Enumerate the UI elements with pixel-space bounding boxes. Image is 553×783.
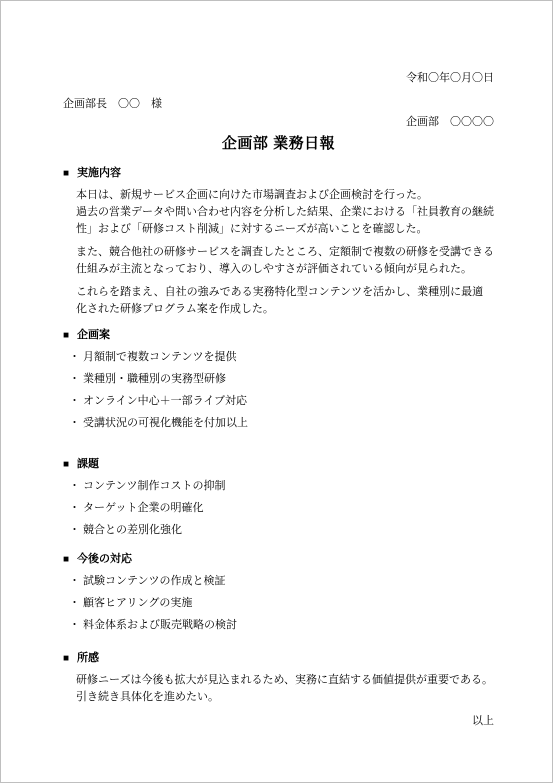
bullet-item: ・顧客ヒアリングの実施: [63, 595, 494, 611]
dot-bullet-icon: ・: [69, 395, 80, 407]
bullet-label: 競合との差別化強化: [83, 524, 182, 536]
bullet-item: ・試験コンテンツの作成と検証: [63, 573, 494, 589]
section-implementation: ■実施内容 本日は、新規サービス企画に向けた市場調査および企画検討を行った。 過…: [63, 166, 494, 318]
square-bullet-icon: ■: [63, 459, 69, 470]
bullet-label: 試験コンテンツの作成と検証: [83, 575, 225, 587]
dot-bullet-icon: ・: [69, 351, 80, 363]
bullet-label: 料金体系および販売戦略の検討: [83, 619, 237, 631]
bullet-label: 業種別・職種別の実務型研修: [83, 373, 226, 385]
document-title: 企画部 業務日報: [63, 133, 494, 154]
section-next-actions: ■今後の対応 ・試験コンテンツの作成と検証 ・顧客ヒアリングの実施 ・料金体系お…: [63, 552, 494, 633]
section-plan: ■企画案 ・月額制で複数コンテンツを提供 ・業種別・職種別の実務型研修 ・オンラ…: [63, 328, 494, 431]
section-heading-label: 実施内容: [77, 167, 121, 179]
square-bullet-icon: ■: [63, 330, 69, 341]
bullet-item: ・業種別・職種別の実務型研修: [63, 371, 494, 387]
section-heading-issues: ■課題: [63, 457, 494, 472]
bullet-label: 顧客ヒアリングの実施: [83, 597, 192, 609]
section-heading-next-actions: ■今後の対応: [63, 552, 494, 567]
square-bullet-icon: ■: [63, 554, 69, 565]
section-issues: ■課題 ・コンテンツ制作コストの抑制 ・ターゲット企業の明確化 ・競合との差別化…: [63, 457, 494, 538]
section-heading-impressions: ■所感: [63, 651, 494, 666]
dot-bullet-icon: ・: [69, 373, 80, 385]
dot-bullet-icon: ・: [69, 524, 80, 536]
dot-bullet-icon: ・: [69, 575, 80, 587]
bullet-item: ・受講状況の可視化機能を付加以上: [63, 415, 494, 431]
dot-bullet-icon: ・: [69, 597, 80, 609]
bullet-item: ・月額制で複数コンテンツを提供: [63, 349, 494, 365]
bullet-label: 受講状況の可視化機能を付加以上: [83, 417, 248, 429]
section-heading-label: 所感: [77, 652, 99, 664]
dot-bullet-icon: ・: [69, 619, 80, 631]
section-heading-label: 企画案: [77, 329, 110, 341]
bullet-label: オンライン中心＋一部ライブ対応: [83, 395, 247, 407]
dot-bullet-icon: ・: [69, 417, 80, 429]
dot-bullet-icon: ・: [69, 480, 80, 492]
closing-line: 以上: [63, 714, 494, 728]
square-bullet-icon: ■: [63, 653, 69, 664]
document-page: 令和〇年〇月〇日 企画部長 〇〇 様 企画部 〇〇〇〇 企画部 業務日報 ■実施…: [0, 0, 553, 783]
date-line: 令和〇年〇月〇日: [63, 71, 494, 85]
section-heading-label: 課題: [77, 458, 99, 470]
bullet-label: コンテンツ制作コストの抑制: [83, 480, 225, 492]
section-heading-implementation: ■実施内容: [63, 166, 494, 181]
section-heading-label: 今後の対応: [77, 553, 132, 565]
paragraph: これらを踏まえ、自社の強みである実務特化型コンテンツを活かし、業種別に最適化され…: [63, 284, 494, 318]
paragraph: また、競合他社の研修サービスを調査したところ、定額制で複数の研修を受講できる仕組…: [63, 244, 494, 278]
bullet-item: ・料金体系および販売戦略の検討: [63, 617, 494, 633]
sender-line: 企画部 〇〇〇〇: [63, 115, 494, 129]
bullet-item: ・オンライン中心＋一部ライブ対応: [63, 393, 494, 409]
bullet-label: ターゲット企業の明確化: [83, 502, 204, 514]
bullet-item: ・ターゲット企業の明確化: [63, 500, 494, 516]
addressee-line: 企画部長 〇〇 様: [63, 97, 494, 111]
square-bullet-icon: ■: [63, 168, 69, 179]
bullet-label: 月額制で複数コンテンツを提供: [83, 351, 236, 363]
paragraph: 研修ニーズは今後も拡大が見込まれるため、実務に直結する価値提供が重要である。 引…: [63, 672, 494, 706]
dot-bullet-icon: ・: [69, 502, 80, 514]
section-heading-plan: ■企画案: [63, 328, 494, 343]
bullet-item: ・競合との差別化強化: [63, 522, 494, 538]
paragraph: 本日は、新規サービス企画に向けた市場調査および企画検討を行った。 過去の営業デー…: [63, 187, 494, 238]
section-impressions: ■所感 研修ニーズは今後も拡大が見込まれるため、実務に直結する価値提供が重要であ…: [63, 651, 494, 706]
bullet-item: ・コンテンツ制作コストの抑制: [63, 478, 494, 494]
